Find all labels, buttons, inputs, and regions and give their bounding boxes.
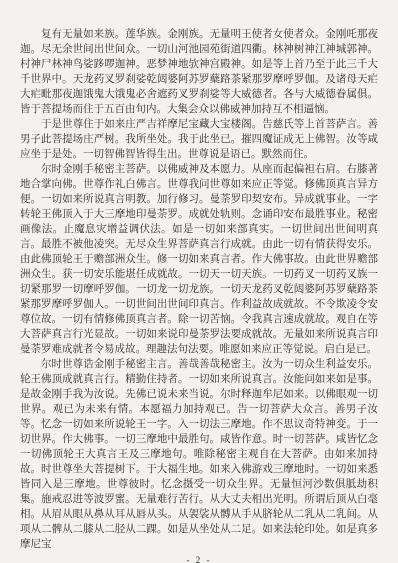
sutra-paragraph-1: 复有无量如来族。莲华族。金刚族。无量明王使者女使者众。金刚吒那夜迦。尽无余世间出… [20, 27, 378, 117]
page-number: - 2 - [20, 554, 378, 563]
sutra-scan-page: 复有无量如来族。莲华族。金刚族。无量明王使者女使者众。金刚吒那夜迦。尽无余世间出… [0, 0, 398, 563]
sutra-paragraph-4: 尔时世尊诰金刚手秘密主言。善哉善哉秘密主。汝为一切众生利益安乐。轮王佛顶成就真言… [20, 357, 378, 552]
sutra-paragraph-3: 尔时金刚手秘密主菩萨。以佛威神及本愿力。从座而起偏袒右肩。右膝著地合掌向佛。世尊… [20, 162, 378, 357]
sutra-text-block: 复有无量如来族。莲华族。金刚族。无量明王使者女使者众。金刚吒那夜迦。尽无余世间出… [20, 27, 378, 552]
sutra-paragraph-2: 于是世尊住于如来庄严吉祥摩尼宝藏大宝楼阁。告慈氏等上首菩萨言。善男子此菩提场庄严… [20, 117, 378, 162]
